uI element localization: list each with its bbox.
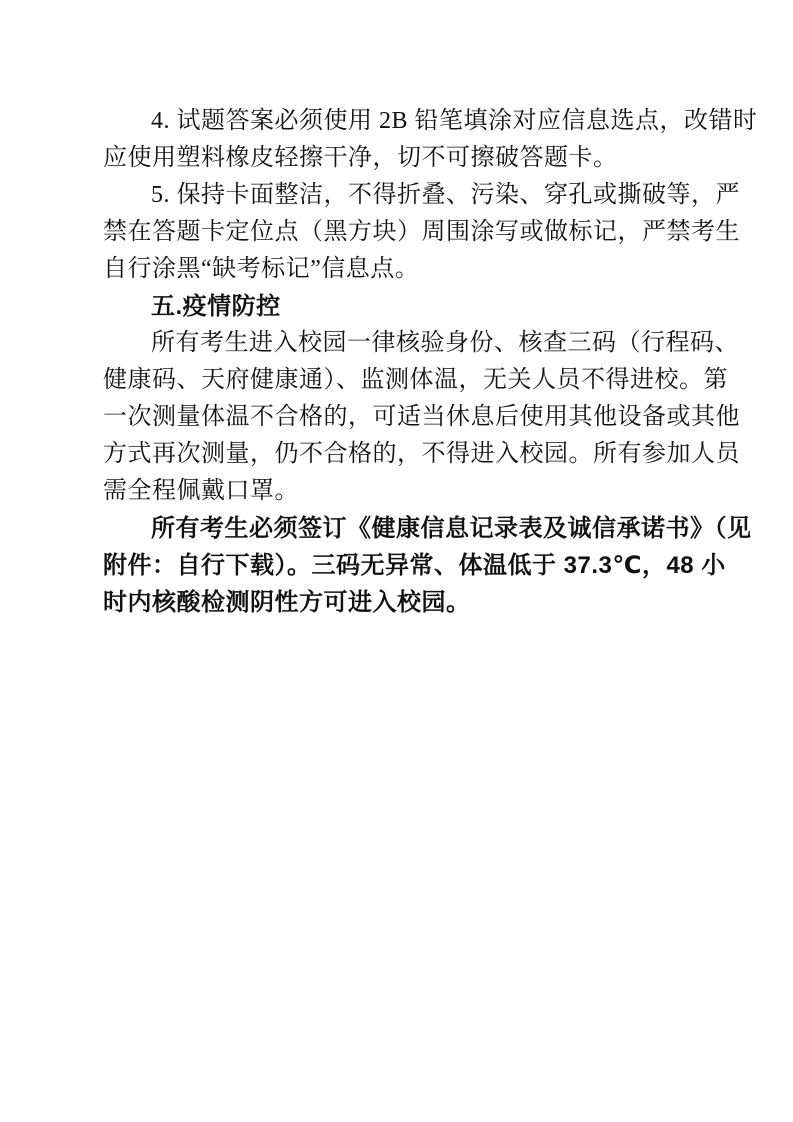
text-line: 附件：自行下载）。三码无异常、体温低于 37.3℃，48 小 xyxy=(103,547,691,584)
text-line: 时内核酸检测阴性方可进入校园。 xyxy=(103,584,691,621)
text-line: 5. 保持卡面整洁，不得折叠、污染、穿孔或撕破等，严 xyxy=(103,177,691,214)
document-page: 4. 试题答案必须使用 2B 铅笔填涂对应信息选点，改错时 应使用塑料橡皮轻擦干… xyxy=(0,0,793,1122)
heading-text: 五.疫情防控 xyxy=(103,288,691,325)
text-line: 需全程佩戴口罩。 xyxy=(103,473,691,510)
text-line: 所有考生必须签订《健康信息记录表及诚信承诺书》（见 xyxy=(103,510,691,547)
text-line: 所有考生进入校园一律核验身份、核查三码（行程码、 xyxy=(103,325,691,362)
text-line: 应使用塑料橡皮轻擦干净，切不可擦破答题卡。 xyxy=(103,140,691,177)
section-heading-epidemic: 五.疫情防控 xyxy=(103,288,691,325)
text-line: 一次测量体温不合格的，可适当休息后使用其他设备或其他 xyxy=(103,399,691,436)
text-line: 自行涂黑“缺考标记”信息点。 xyxy=(103,251,691,288)
text-line: 健康码、天府健康通）、监测体温，无关人员不得进校。第 xyxy=(103,362,691,399)
paragraph-epidemic-body: 所有考生进入校园一律核验身份、核查三码（行程码、 健康码、天府健康通）、监测体温… xyxy=(103,325,691,510)
text-line: 4. 试题答案必须使用 2B 铅笔填涂对应信息选点，改错时 xyxy=(103,103,691,140)
paragraph-item-5: 5. 保持卡面整洁，不得折叠、污染、穿孔或撕破等，严 禁在答题卡定位点（黑方块）… xyxy=(103,177,691,288)
paragraph-item-4: 4. 试题答案必须使用 2B 铅笔填涂对应信息选点，改错时 应使用塑料橡皮轻擦干… xyxy=(103,103,691,177)
paragraph-epidemic-bold-notice: 所有考生必须签订《健康信息记录表及诚信承诺书》（见 附件：自行下载）。三码无异常… xyxy=(103,510,691,621)
page-content: 4. 试题答案必须使用 2B 铅笔填涂对应信息选点，改错时 应使用塑料橡皮轻擦干… xyxy=(103,103,691,621)
text-line: 禁在答题卡定位点（黑方块）周围涂写或做标记，严禁考生 xyxy=(103,214,691,251)
text-line: 方式再次测量，仍不合格的，不得进入校园。所有参加人员 xyxy=(103,436,691,473)
